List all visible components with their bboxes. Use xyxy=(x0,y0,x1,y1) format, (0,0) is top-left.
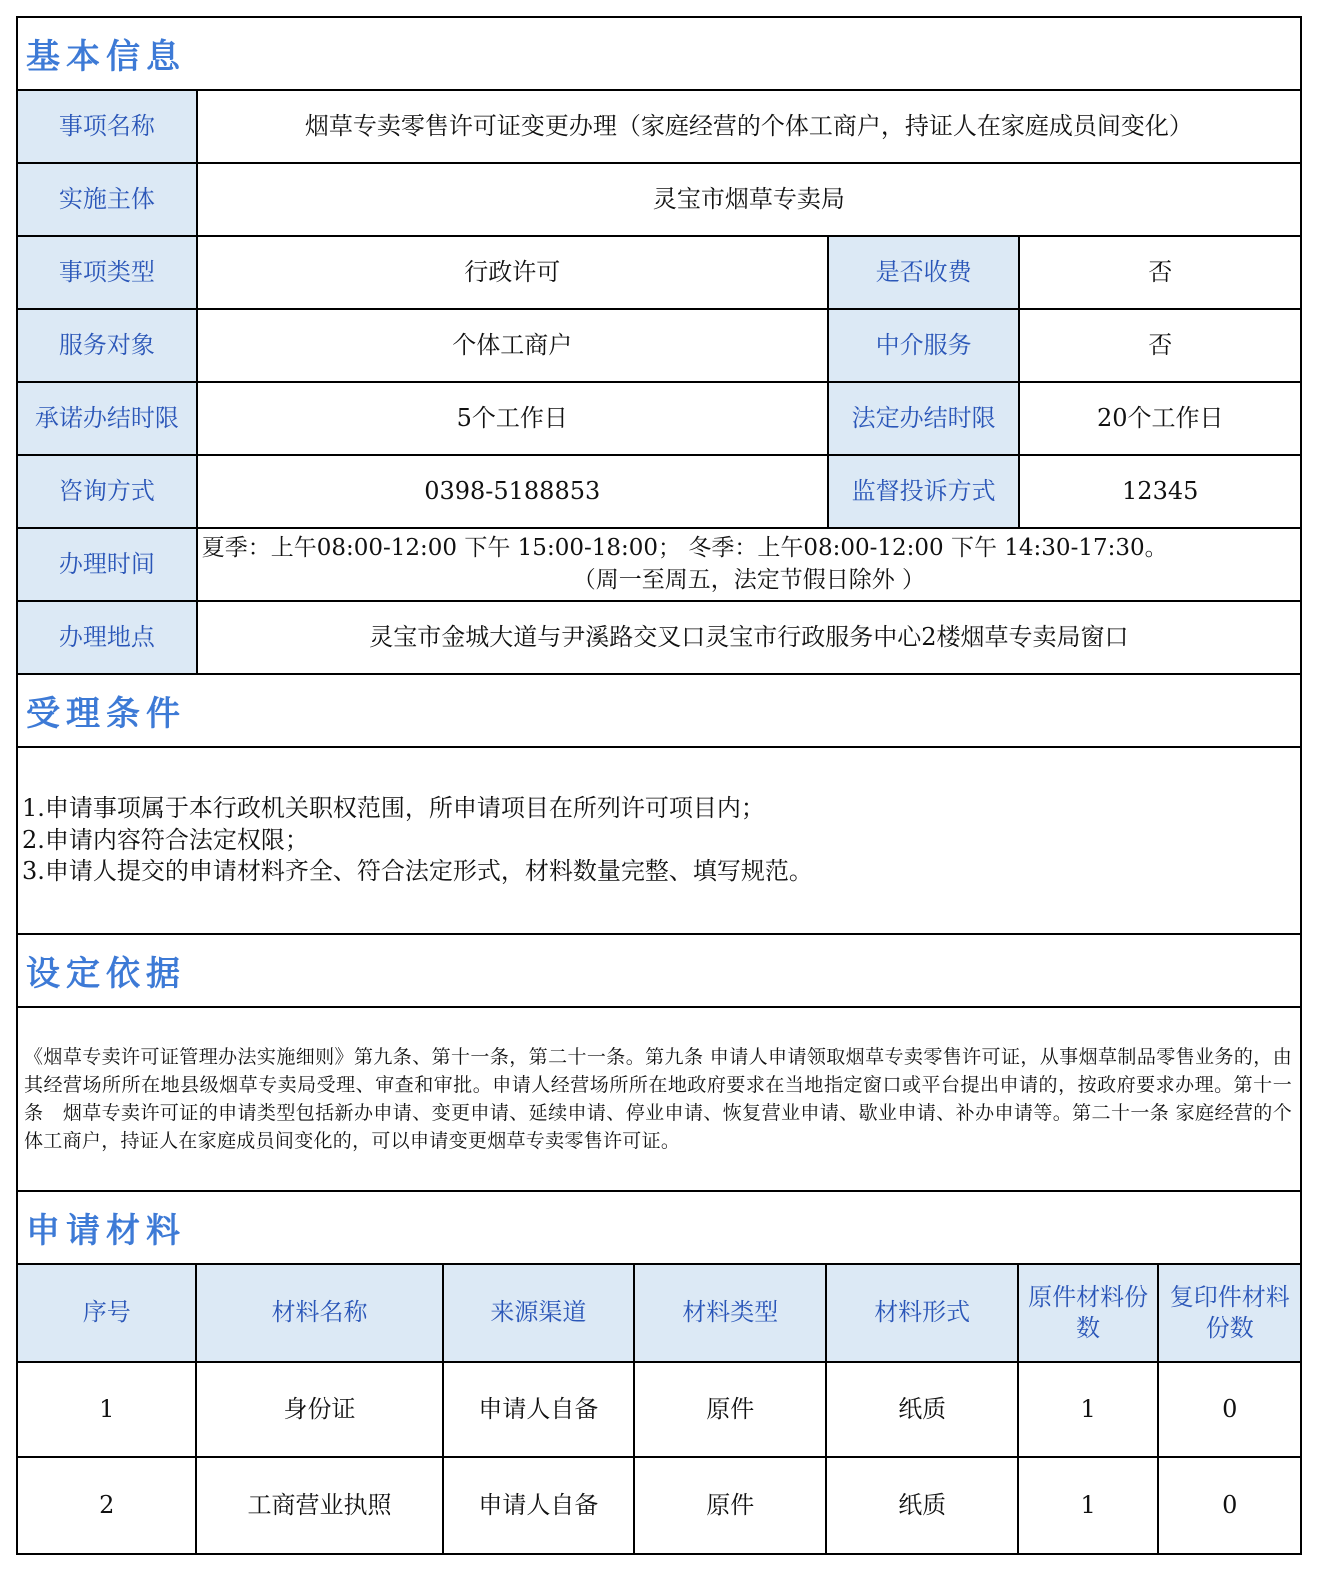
location-label: 办理地点 xyxy=(18,602,198,673)
item-name-label: 事项名称 xyxy=(18,91,198,162)
conditions-body: 1.申请事项属于本行政机关职权范围，所申请项目在所列许可项目内； 2.申请内容符… xyxy=(18,748,1300,935)
complaint-label: 监督投诉方式 xyxy=(829,456,1021,527)
condition-item: 3.申请人提交的申请材料齐全、符合法定形式，材料数量完整、填写规范。 xyxy=(22,856,813,888)
col-header-form: 材料形式 xyxy=(827,1265,1018,1361)
service-guide-table: 基本信息 事项名称 烟草专卖零售许可证变更办理（家庭经营的个体工商户，持证人在家… xyxy=(16,16,1302,1555)
materials-header-row: 序号 材料名称 来源渠道 材料类型 材料形式 原件材料份数 复印件材料份数 xyxy=(18,1265,1300,1363)
consult-label: 咨询方式 xyxy=(18,456,198,527)
material-type: 原件 xyxy=(635,1363,827,1456)
basis-text: 《烟草专卖许可证管理办法实施细则》第九条、第十一条，第二十一条。第九条 申请人申… xyxy=(18,1008,1300,1190)
promised-limit-value: 5个工作日 xyxy=(198,383,829,454)
material-source: 申请人自备 xyxy=(444,1363,635,1456)
item-type-label: 事项类型 xyxy=(18,237,198,308)
row-hours: 办理时间 夏季：上午08:00-12:00 下午 15:00-18:00； 冬季… xyxy=(18,529,1300,602)
col-header-name: 材料名称 xyxy=(197,1265,443,1361)
service-target-label: 服务对象 xyxy=(18,310,198,381)
section-materials: 申请材料 xyxy=(18,1192,1300,1265)
row-contact: 咨询方式 0398-5188853 监督投诉方式 12345 xyxy=(18,456,1300,529)
legal-limit-label: 法定办结时限 xyxy=(829,383,1021,454)
row-item-type: 事项类型 行政许可 是否收费 否 xyxy=(18,237,1300,310)
section-title-conditions: 受理条件 xyxy=(18,675,186,746)
row-time-limits: 承诺办结时限 5个工作日 法定办结时限 20个工作日 xyxy=(18,383,1300,456)
hours-line-1: 夏季：上午08:00-12:00 下午 15:00-18:00； 冬季：上午08… xyxy=(198,533,1168,564)
section-basis: 设定依据 xyxy=(18,935,1300,1008)
material-type: 原件 xyxy=(635,1458,827,1553)
table-row: 2 工商营业执照 申请人自备 原件 纸质 1 0 xyxy=(18,1458,1300,1553)
material-original-count: 1 xyxy=(1019,1458,1160,1553)
material-index: 1 xyxy=(18,1363,197,1456)
material-form: 纸质 xyxy=(827,1363,1018,1456)
consult-value: 0398-5188853 xyxy=(198,456,829,527)
conditions-list: 1.申请事项属于本行政机关职权范围，所申请项目在所列许可项目内； 2.申请内容符… xyxy=(18,748,813,933)
location-value: 灵宝市金城大道与尹溪路交叉口灵宝市行政服务中心2楼烟草专卖局窗口 xyxy=(198,602,1300,673)
material-name: 工商营业执照 xyxy=(197,1458,443,1553)
legal-limit-value: 20个工作日 xyxy=(1020,383,1300,454)
col-header-type: 材料类型 xyxy=(635,1265,827,1361)
row-item-name: 事项名称 烟草专卖零售许可证变更办理（家庭经营的个体工商户，持证人在家庭成员间变… xyxy=(18,91,1300,164)
service-target-value: 个体工商户 xyxy=(198,310,829,381)
hours-value: 夏季：上午08:00-12:00 下午 15:00-18:00； 冬季：上午08… xyxy=(198,529,1300,600)
col-header-original-count: 原件材料份数 xyxy=(1019,1265,1160,1361)
implementer-label: 实施主体 xyxy=(18,164,198,235)
material-copy-count: 0 xyxy=(1159,1363,1300,1456)
promised-limit-label: 承诺办结时限 xyxy=(18,383,198,454)
hours-label: 办理时间 xyxy=(18,529,198,600)
condition-item: 2.申请内容符合法定权限； xyxy=(22,825,813,857)
item-name-value: 烟草专卖零售许可证变更办理（家庭经营的个体工商户，持证人在家庭成员间变化） xyxy=(198,91,1300,162)
condition-item: 1.申请事项属于本行政机关职权范围，所申请项目在所列许可项目内； xyxy=(22,793,813,825)
intermediary-value: 否 xyxy=(1020,310,1300,381)
item-type-value: 行政许可 xyxy=(198,237,829,308)
section-basic-info: 基本信息 xyxy=(18,18,1300,91)
material-form: 纸质 xyxy=(827,1458,1018,1553)
table-row: 1 身份证 申请人自备 原件 纸质 1 0 xyxy=(18,1363,1300,1458)
intermediary-label: 中介服务 xyxy=(829,310,1021,381)
basis-body: 《烟草专卖许可证管理办法实施细则》第九条、第十一条，第二十一条。第九条 申请人申… xyxy=(18,1008,1300,1192)
col-header-index: 序号 xyxy=(18,1265,197,1361)
material-index: 2 xyxy=(18,1458,197,1553)
material-name: 身份证 xyxy=(197,1363,443,1456)
section-title-basic-info: 基本信息 xyxy=(18,18,186,89)
material-original-count: 1 xyxy=(1019,1363,1160,1456)
section-conditions: 受理条件 xyxy=(18,675,1300,748)
complaint-value: 12345 xyxy=(1020,456,1300,527)
col-header-source: 来源渠道 xyxy=(444,1265,635,1361)
material-source: 申请人自备 xyxy=(444,1458,635,1553)
section-title-basis: 设定依据 xyxy=(18,935,186,1006)
fee-value: 否 xyxy=(1020,237,1300,308)
row-location: 办理地点 灵宝市金城大道与尹溪路交叉口灵宝市行政服务中心2楼烟草专卖局窗口 xyxy=(18,602,1300,675)
implementer-value: 灵宝市烟草专卖局 xyxy=(198,164,1300,235)
hours-line-2: （周一至周五，法定节假日除外 ） xyxy=(573,565,925,596)
fee-label: 是否收费 xyxy=(829,237,1021,308)
section-title-materials: 申请材料 xyxy=(18,1192,186,1263)
row-service-target: 服务对象 个体工商户 中介服务 否 xyxy=(18,310,1300,383)
material-copy-count: 0 xyxy=(1159,1458,1300,1553)
col-header-copy-count: 复印件材料份数 xyxy=(1159,1265,1300,1361)
row-implementer: 实施主体 灵宝市烟草专卖局 xyxy=(18,164,1300,237)
